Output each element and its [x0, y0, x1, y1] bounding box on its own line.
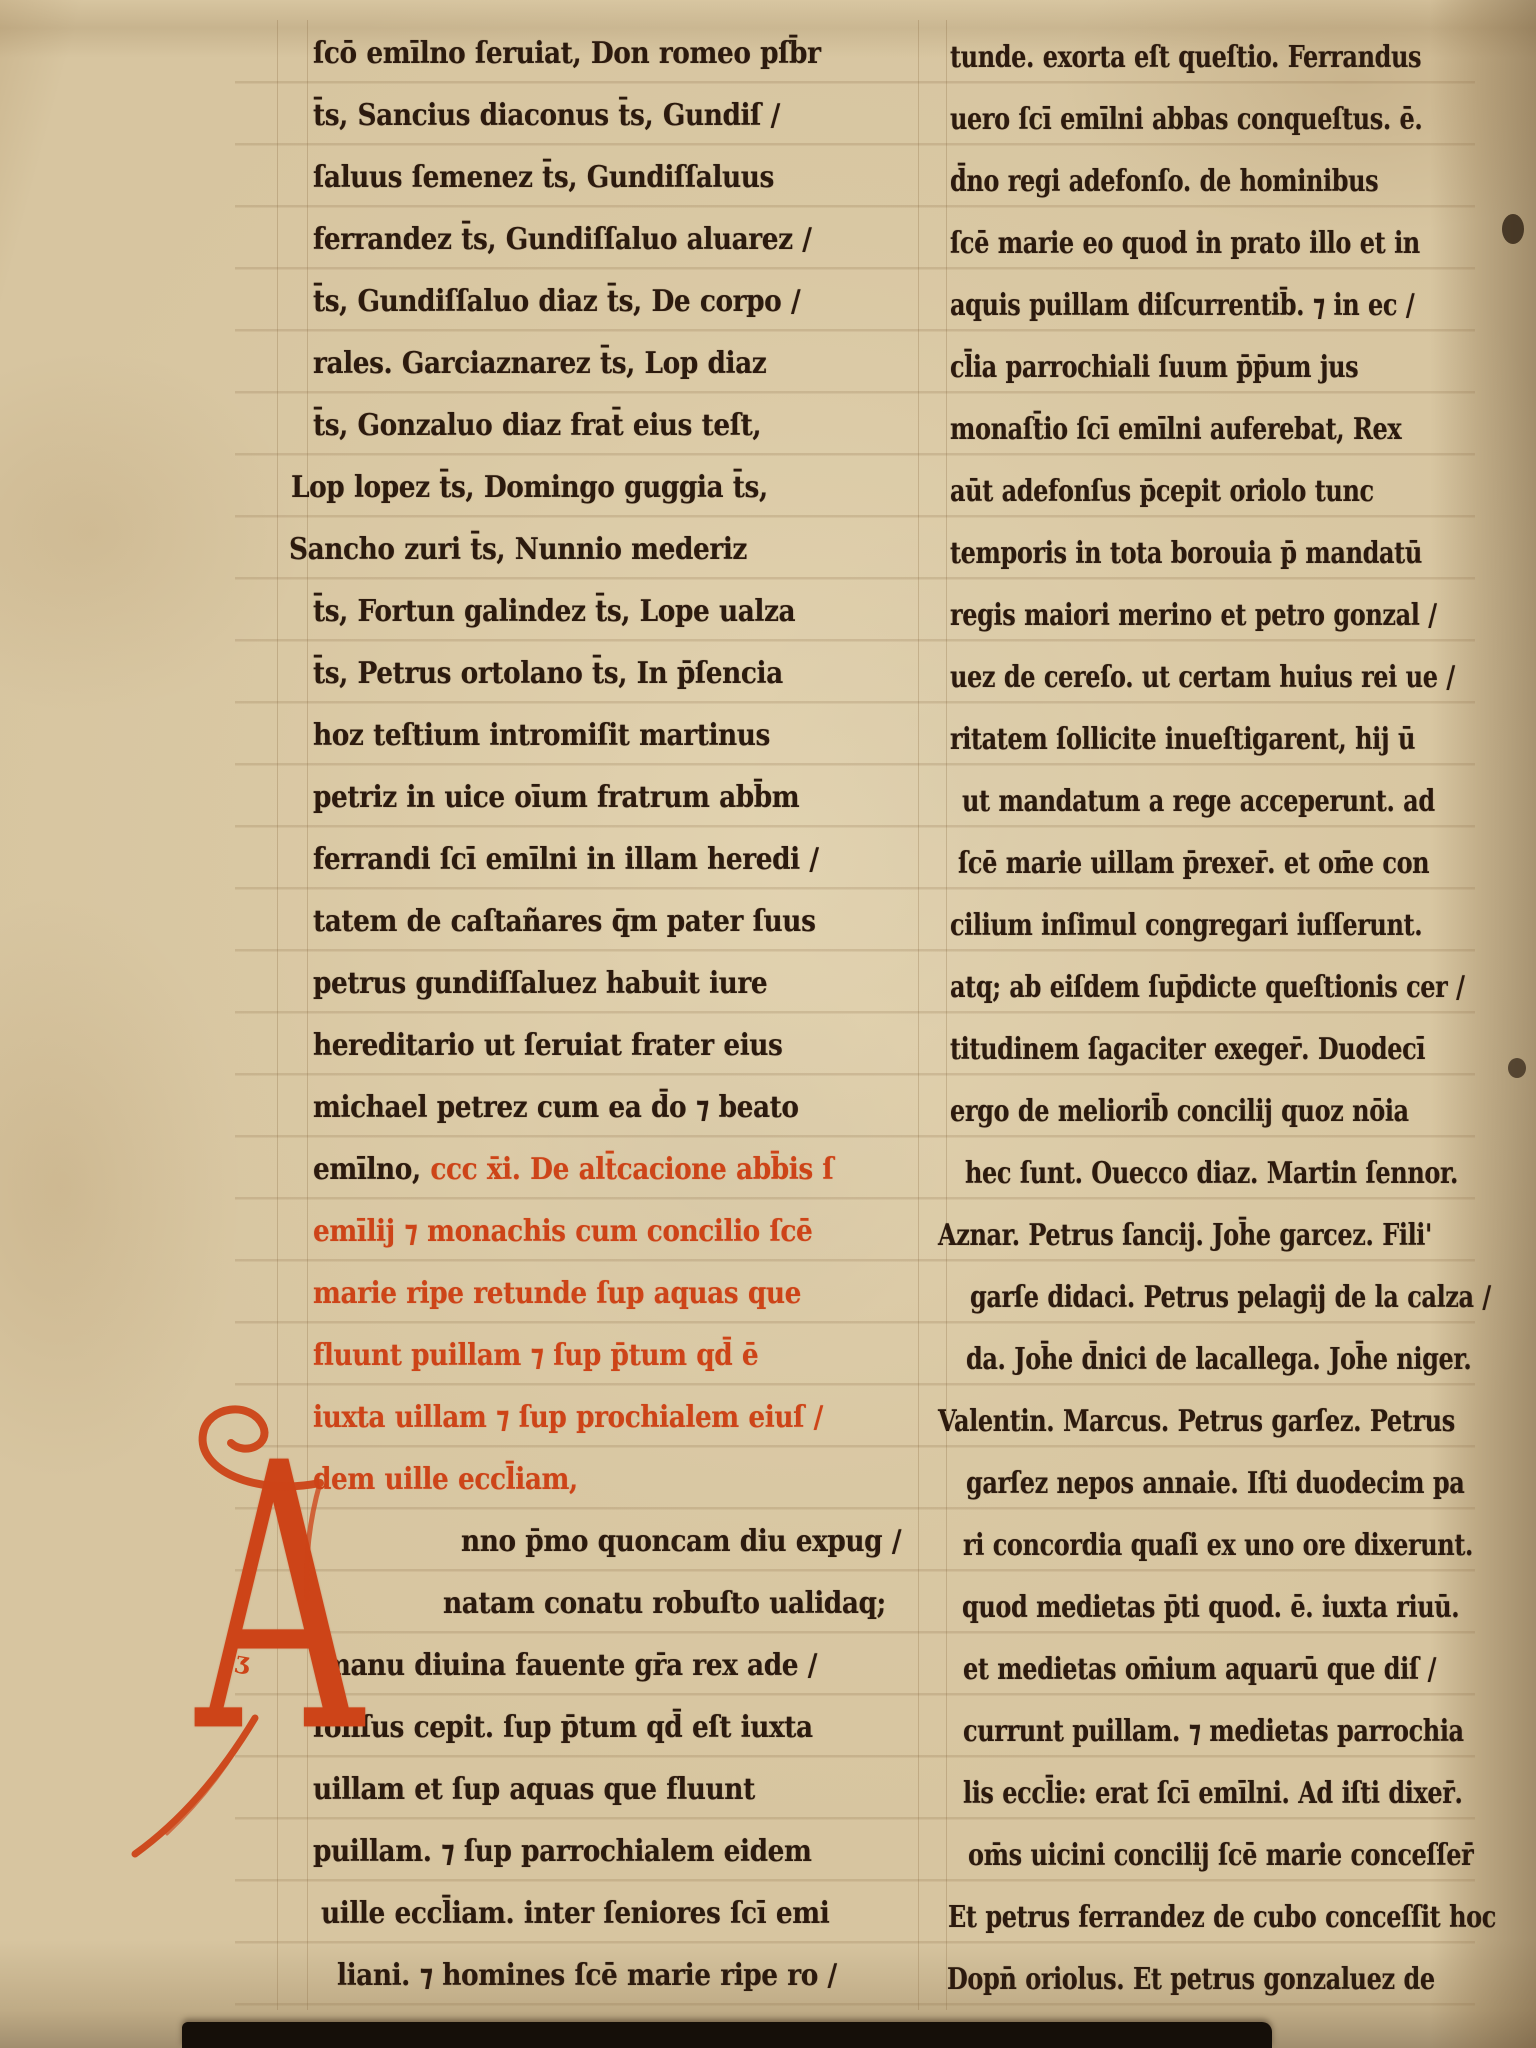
text-line: manu diuina fauente gr̄a rex ade /	[323, 1636, 807, 1698]
ink-segment: puillam. ⁊ ſup parrochialem eidem	[313, 1834, 811, 1869]
ink-segment: garſez nepos annaie. Iſti duodecim pa	[966, 1466, 1464, 1501]
ink-segment: temporis in tota borouia p̄ mandatū	[950, 536, 1422, 571]
left-column: ſcō emīlno ſeruiat, Don romeo pſb̄rt̄s, …	[313, 24, 873, 2008]
text-line: regis maiori merino et petro gonzal /	[950, 586, 1398, 648]
ruling-line-right-column	[946, 20, 947, 2010]
text-line: garſe didaci. Petrus pelagij de la calza…	[970, 1268, 1402, 1330]
text-line: hereditario ut ſeruiat frater eius	[313, 1016, 806, 1078]
ink-segment: emīlno,	[313, 1152, 430, 1187]
text-line: currunt puillam. ⁊ medietas parrochia	[963, 1702, 1401, 1764]
text-line: ergo de meliorib̄ concilij quoz nōia	[950, 1082, 1398, 1144]
ink-segment: petrus gundiſſaluez habuit iure	[313, 966, 767, 1001]
ink-segment: uille eccl̄iam. inter ſeniores ſcī emi	[321, 1896, 829, 1931]
page-edge-spot	[1508, 1058, 1526, 1078]
text-line: liani. ⁊ homines ſcē marie ripe ro /	[337, 1946, 809, 2008]
ink-segment: et medietas om̄ium aquarū que diſ /	[963, 1652, 1436, 1687]
text-line: Et petrus ferrandez de cubo conceſſit ho…	[948, 1888, 1398, 1950]
ink-segment: Valentin. Marcus. Petrus garſez. Petrus	[938, 1404, 1455, 1439]
text-line: monaſt̄io ſcī emīlni auferebat, Rex	[950, 400, 1398, 462]
text-line: ferrandi ſcī emīlni in illam heredi /	[313, 830, 806, 892]
ink-segment: ergo de meliorib̄ concilij quoz nōia	[950, 1094, 1409, 1129]
text-line: cilium inſimul congregari iuſſerunt.	[950, 896, 1398, 958]
rubric-segment: marie ripe retunde ſup aquas que	[313, 1276, 801, 1311]
text-line: uez de cereſo. ut certam huius rei ue /	[950, 648, 1398, 710]
ink-segment: quod medietas p̄ti quod. ē. iuxta riuū.	[962, 1590, 1459, 1625]
text-line: tunde. exorta eſt queſtio. Ferrandus	[950, 28, 1398, 90]
ink-segment: t̄s, Gundiſſaluo diaz t̄s, De corpo /	[313, 284, 800, 319]
text-line: aquis puillam diſcurrentib̄. ⁊ in ec /	[950, 276, 1398, 338]
ink-segment: tatem de caſtañares q̄m pater ſuus	[313, 904, 815, 939]
text-line: Sancho zuri t̄s, Nunnio mederiz	[289, 520, 803, 582]
ink-segment: Aznar. Petrus ſancij. Joh̄e garcez. Fili…	[938, 1218, 1432, 1253]
ink-segment: liani. ⁊ homines ſcē marie ripe ro /	[337, 1958, 837, 1993]
text-line: iuxta uillam ⁊ ſup prochialem eiuſ /	[313, 1388, 806, 1450]
text-line: petrus gundiſſaluez habuit iure	[313, 954, 806, 1016]
text-line: uero ſcī emīlni abbas conqueſtus. ē.	[950, 90, 1398, 152]
text-line: temporis in tota borouia p̄ mandatū	[950, 524, 1398, 586]
text-line: ſcō emīlno ſeruiat, Don romeo pſb̄r	[313, 24, 806, 86]
ink-segment: uillam et ſup aquas que fluunt	[313, 1772, 755, 1807]
text-line: t̄s, Petrus ortolano t̄s, In p̄ſencia	[313, 644, 806, 706]
text-line: tatem de caſtañares q̄m pater ſuus	[313, 892, 806, 954]
text-line: aūt adefonſus p̄cepit oriolo tunc	[950, 462, 1398, 524]
ink-segment: tunde. exorta eſt queſtio. Ferrandus	[950, 40, 1421, 75]
rubric-segment: emīlij ⁊ monachis cum concilio ſcē	[313, 1214, 812, 1249]
ink-segment: uez de cereſo. ut certam huius rei ue /	[950, 660, 1455, 695]
ink-segment: t̄s, Sancius diaconus t̄s, Gundiſ /	[313, 98, 780, 133]
ink-segment: ferrandez t̄s, Gundiſſaluo aluarez /	[313, 222, 812, 257]
rubric-segment: ccc x̄i. De alt̄cacione abb̄is ſ	[430, 1152, 833, 1187]
ink-segment: Dopn̄ oriolus. Et petrus gonzaluez de	[947, 1962, 1435, 1997]
text-line: emīlno, ccc x̄i. De alt̄cacione abb̄is ſ	[313, 1140, 806, 1202]
text-line: Lop lopez t̄s, Domingo guggia t̄s,	[291, 458, 803, 520]
initial-capital: A	[196, 1438, 352, 1794]
ink-segment: ritatem ſollicite inueſtigarent, hij ū	[950, 722, 1415, 757]
ink-segment: petriz in uice oīum fratrum abb̄m	[313, 780, 799, 815]
text-line: michael petrez cum ea d̄o ⁊ beato	[313, 1078, 806, 1140]
text-line: ut mandatum a rege acceperunt. ad	[962, 772, 1400, 834]
text-line: Dopn̄ oriolus. Et petrus gonzaluez de	[947, 1950, 1397, 2012]
text-line: ſcē marie eo quod in prato illo et in	[950, 214, 1398, 276]
ink-segment: d̄no regi adefonſo. de hominibus	[950, 164, 1378, 199]
text-line: natam conatu robuſto ualidaq;	[443, 1574, 821, 1636]
ink-segment: atq; ab eiſdem ſup̄dicte queſtionis cer …	[950, 970, 1465, 1005]
ink-segment: t̄s, Fortun galindez t̄s, Lope ualza	[313, 594, 795, 629]
ink-segment: manu diuina fauente gr̄a rex ade /	[323, 1648, 817, 1683]
text-line: nno p̄mo quoncam diu expug /	[461, 1512, 824, 1574]
ink-segment: ferrandi ſcī emīlni in illam heredi /	[313, 842, 819, 877]
ink-segment: t̄s, Gonzaluo diaz frat̄ eius teſt,	[313, 408, 761, 443]
text-line: rales. Garciaznarez t̄s, Lop diaz	[313, 334, 806, 396]
ink-segment: ut mandatum a rege acceperunt. ad	[962, 784, 1435, 819]
text-line: uille eccl̄iam. inter ſeniores ſcī emi	[321, 1884, 807, 1946]
ink-segment: ſcē marie uillam p̄rexer̄. et om̄e con	[958, 846, 1429, 881]
text-line: uillam et ſup aquas que fluunt	[313, 1760, 806, 1822]
ink-segment: aquis puillam diſcurrentib̄. ⁊ in ec /	[950, 288, 1414, 323]
text-line: da. Joh̄e d̄nici de lacallega. Joh̄e nig…	[966, 1330, 1401, 1392]
ink-segment: garſe didaci. Petrus pelagij de la calza…	[970, 1280, 1491, 1315]
ink-segment: hec ſunt. Ouecco diaz. Martin ſennor.	[965, 1156, 1458, 1191]
ink-segment: hereditario ut ſeruiat frater eius	[313, 1028, 782, 1063]
text-line: garſez nepos annaie. Iſti duodecim pa	[966, 1454, 1401, 1516]
manuscript-page: ſcō emīlno ſeruiat, Don romeo pſb̄rt̄s, …	[0, 0, 1536, 2048]
ink-segment: rales. Garciaznarez t̄s, Lop diaz	[313, 346, 766, 381]
text-line: fonſus cepit. ſup p̄tum qd̄ eſt iuxta	[313, 1698, 806, 1760]
ink-segment: Lop lopez t̄s, Domingo guggia t̄s,	[291, 470, 768, 505]
ink-segment: t̄s, Petrus ortolano t̄s, In p̄ſencia	[313, 656, 783, 691]
right-column: tunde. exorta eſt queſtio. Ferrandusuero…	[950, 28, 1510, 2012]
ink-segment: da. Joh̄e d̄nici de lacallega. Joh̄e nig…	[966, 1342, 1471, 1377]
ink-segment: aūt adefonſus p̄cepit oriolo tunc	[950, 474, 1374, 509]
rubric-segment: fluunt puillam ⁊ ſup p̄tum qd̄ ē	[313, 1338, 758, 1373]
ink-segment: natam conatu robuſto ualidaq;	[443, 1586, 886, 1621]
rubric-segment: iuxta uillam ⁊ ſup prochialem eiuſ /	[313, 1400, 823, 1435]
text-line: d̄no regi adefonſo. de hominibus	[950, 152, 1398, 214]
text-line: hoz teſtium intromiſit martinus	[313, 706, 806, 768]
text-line: t̄s, Fortun galindez t̄s, Lope ualza	[313, 582, 806, 644]
text-line: cl̄ia parrochiali ſuum p̄p̄um jus	[950, 338, 1398, 400]
text-line: lis eccl̄ie: erat ſcī emīlni. Ad iſti di…	[963, 1764, 1401, 1826]
ink-segment: monaſt̄io ſcī emīlni auferebat, Rex	[950, 412, 1401, 447]
ink-segment: lis eccl̄ie: erat ſcī emīlni. Ad iſti di…	[963, 1776, 1462, 1811]
ink-segment: ſcē marie eo quod in prato illo et in	[950, 226, 1420, 261]
text-line: petriz in uice oīum fratrum abb̄m	[313, 768, 806, 830]
text-line: atq; ab eiſdem ſup̄dicte queſtionis cer …	[950, 958, 1398, 1020]
text-line: t̄s, Sancius diaconus t̄s, Gundiſ /	[313, 86, 806, 148]
text-line: t̄s, Gonzaluo diaz frat̄ eius teſt,	[313, 396, 806, 458]
text-line: Aznar. Petrus ſancij. Joh̄e garcez. Fili…	[938, 1206, 1396, 1268]
text-line: hec ſunt. Ouecco diaz. Martin ſennor.	[965, 1144, 1401, 1206]
ink-segment: titudinem ſagaciter exeger̄. Duodecī	[950, 1032, 1425, 1067]
text-line: emīlij ⁊ monachis cum concilio ſcē	[313, 1202, 806, 1264]
text-line: fluunt puillam ⁊ ſup p̄tum qd̄ ē	[313, 1326, 806, 1388]
text-line: ſcē marie uillam p̄rexer̄. et om̄e con	[958, 834, 1400, 896]
text-line: ſaluus ſemenez t̄s, Gundiſſaluus	[313, 148, 806, 210]
text-line: et medietas om̄ium aquarū que diſ /	[963, 1640, 1401, 1702]
ink-segment: michael petrez cum ea d̄o ⁊ beato	[313, 1090, 799, 1125]
text-line: ferrandez t̄s, Gundiſſaluo aluarez /	[313, 210, 806, 272]
text-line: marie ripe retunde ſup aquas que	[313, 1264, 806, 1326]
ink-segment: Et petrus ferrandez de cubo conceſſit ho…	[948, 1900, 1496, 1935]
ruling-line-gutter	[918, 20, 919, 2010]
ink-segment: ſcō emīlno ſeruiat, Don romeo pſb̄r	[313, 36, 821, 71]
text-line: quod medietas p̄ti quod. ē. iuxta riuū.	[962, 1578, 1400, 1640]
ink-segment: currunt puillam. ⁊ medietas parrochia	[963, 1714, 1464, 1749]
text-line: titudinem ſagaciter exeger̄. Duodecī	[950, 1020, 1398, 1082]
page-edge-notch	[1502, 214, 1524, 244]
ink-segment: nno p̄mo quoncam diu expug /	[461, 1524, 901, 1559]
ink-segment: Sancho zuri t̄s, Nunnio mederiz	[289, 532, 747, 567]
ink-segment: uero ſcī emīlni abbas conqueſtus. ē.	[950, 102, 1422, 137]
text-line: dem uille eccl̄iam,	[313, 1450, 806, 1512]
ink-segment: om̄s uicini concilij ſcē marie conceſſer…	[968, 1838, 1473, 1873]
ink-segment: fonſus cepit. ſup p̄tum qd̄ eſt iuxta	[313, 1710, 813, 1745]
text-line: ri concordia quaſi ex uno ore dixerunt.	[963, 1516, 1401, 1578]
ink-segment: ri concordia quaſi ex uno ore dixerunt.	[963, 1528, 1473, 1563]
ink-segment: ſaluus ſemenez t̄s, Gundiſſaluus	[313, 160, 774, 195]
ink-segment: hoz teſtium intromiſit martinus	[313, 718, 770, 753]
text-line: puillam. ⁊ ſup parrochialem eidem	[313, 1822, 806, 1884]
ink-segment: cl̄ia parrochiali ſuum p̄p̄um jus	[950, 350, 1358, 385]
photo-bottom-edge	[182, 2022, 1272, 2048]
text-line: Valentin. Marcus. Petrus garſez. Petrus	[938, 1392, 1396, 1454]
text-line: t̄s, Gundiſſaluo diaz t̄s, De corpo /	[313, 272, 806, 334]
text-line: ritatem ſollicite inueſtigarent, hij ū	[950, 710, 1398, 772]
text-line: om̄s uicini concilij ſcē marie conceſſer…	[968, 1826, 1402, 1888]
ink-segment: regis maiori merino et petro gonzal /	[950, 598, 1437, 633]
ink-segment: cilium inſimul congregari iuſſerunt.	[950, 908, 1422, 943]
